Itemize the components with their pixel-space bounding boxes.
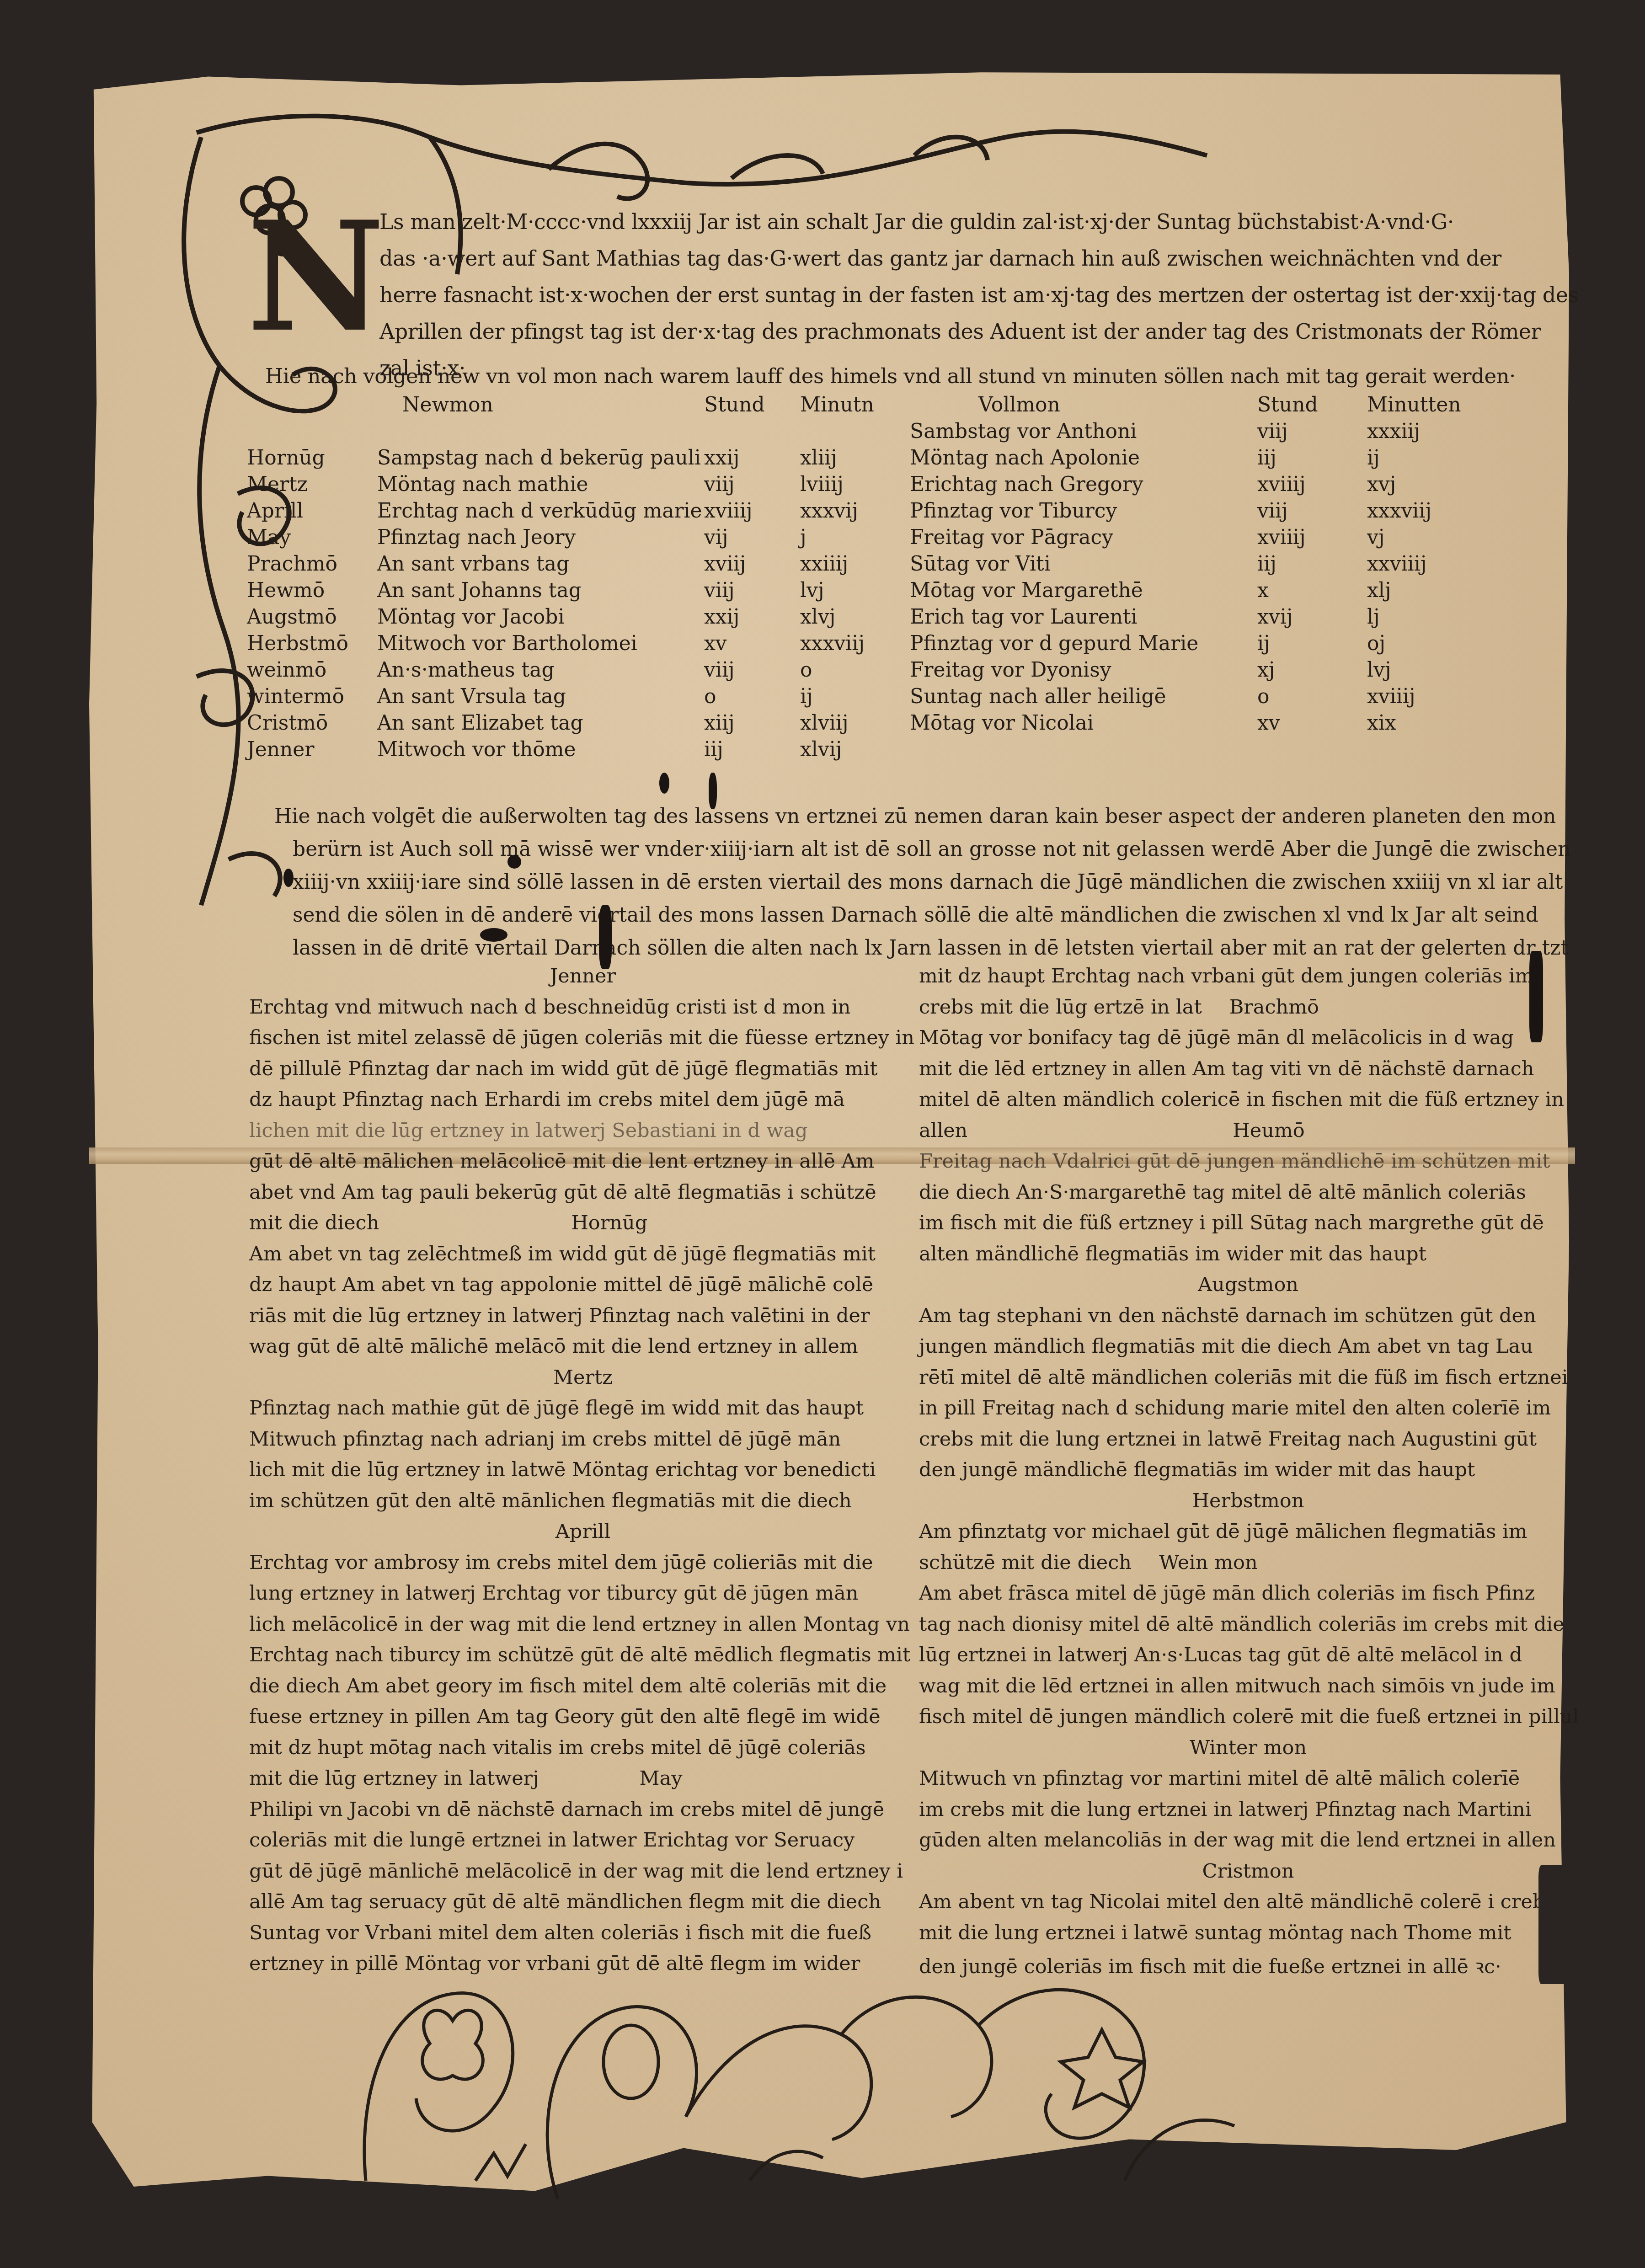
text-line: Am abet frāsca mitel dē jūgē mān dlich c… [919, 1582, 1577, 1613]
text-line: rētī mitel dē altē mändlichen coleriās m… [919, 1366, 1577, 1397]
month-heading: Brachmō [1229, 996, 1319, 1019]
table-row: wintermō An sant Vrsula tag o ij Suntag … [247, 685, 1554, 711]
ink-blot [283, 869, 294, 887]
ink-blot [659, 773, 669, 794]
full-moon-minutes: lvj [1367, 658, 1391, 682]
text-line: abet vnd Am tag pauli bekerūg gūt dē alt… [249, 1181, 917, 1212]
header-full-hours: Stund [1257, 393, 1318, 416]
text-line: Am abent vn tag Nicolai mitel den altē m… [919, 1890, 1577, 1921]
text-line: mit die diechHornūg [249, 1211, 917, 1243]
ink-blot [709, 773, 717, 809]
text-line: mitel dē alten mändlich colericē in fisc… [919, 1088, 1577, 1119]
moon-table-caption: Hie nach volgen new vn vol mon nach ware… [265, 366, 1516, 386]
full-moon-day: Mōtag vor Margarethē [910, 579, 1143, 602]
header-full-minutes: Minutten [1367, 393, 1461, 416]
text-line: schützē mit die diechWein mon [919, 1551, 1577, 1582]
month-heading: Mertz [249, 1366, 917, 1397]
month-name: Aprill [247, 499, 303, 523]
new-moon-day: An sant vrbans tag [377, 552, 569, 576]
intro-line: herre fasnacht ist·x·wochen der erst sun… [379, 277, 1579, 313]
full-moon-hours: xvij [1257, 605, 1292, 629]
full-moon-day: Sambstag vor Anthoni [910, 420, 1137, 443]
full-moon-hours: xj [1257, 658, 1275, 682]
ink-blot [480, 928, 507, 942]
new-moon-hours: xxij [704, 605, 739, 629]
table-row: Aprill Erchtag nach d verkūdūg marie xvi… [247, 499, 1554, 526]
full-moon-day: Erich tag vor Laurenti [910, 605, 1138, 629]
table-row: Cristmō An sant Elizabet tag xiij xlviij… [247, 711, 1554, 738]
full-moon-minutes: xlj [1367, 579, 1391, 602]
text-line: fisch mitel dē jungen mändlich colerē mi… [919, 1705, 1577, 1736]
new-moon-minutes: j [800, 526, 806, 549]
full-moon-minutes: xxxviij [1367, 499, 1431, 523]
moon-table: Newmon Stund Minutn Vollmon Stund Minutt… [247, 393, 1554, 764]
text-line: coleriās mit die lungē ertznei in latwer… [249, 1829, 917, 1860]
full-moon-day: Mōtag vor Nicolai [910, 711, 1094, 735]
right-column: mit dz haupt Erchtag nach vrbani gūt dem… [919, 965, 1577, 1983]
text-line: lich melācolicē in der wag mit die lend … [249, 1613, 917, 1644]
drop-cap-letter: N [247, 201, 385, 352]
full-moon-day: Freitag vor Pāgracy [910, 526, 1113, 549]
new-moon-hours: viij [704, 473, 735, 496]
full-moon-hours: ij [1257, 632, 1270, 655]
text-line: lichen mit die lūg ertzney in latwerj Se… [249, 1119, 917, 1150]
table-row: Sambstag vor Anthoni viij xxxiij [247, 420, 1554, 446]
left-column: Jenner Erchtag vnd mitwuch nach d beschn… [249, 965, 917, 1983]
full-moon-hours: iij [1257, 552, 1276, 576]
text-line: allenHeumō [919, 1119, 1577, 1150]
full-moon-hours: xv [1257, 711, 1280, 735]
new-moon-day: Sampstag nach d bekerūg pauli [377, 446, 701, 470]
new-moon-minutes: xxxvij [800, 499, 858, 523]
month-name: Cristmō [247, 711, 328, 735]
full-moon-minutes: xxxiij [1367, 420, 1420, 443]
header-new-moon: Newmon [402, 393, 493, 416]
month-heading: Cristmon [919, 1860, 1577, 1891]
month-name: May [247, 526, 291, 549]
month-name: Herbstmō [247, 632, 348, 655]
new-moon-hours: xviij [704, 552, 746, 576]
text-line: Erchtag vnd mitwuch nach d beschneidūg c… [249, 996, 917, 1027]
table-row: Prachmō An sant vrbans tag xviij xxiiij … [247, 552, 1554, 579]
text-line: die diech An·S·margarethē tag mitel dē a… [919, 1181, 1577, 1212]
full-moon-hours: viij [1257, 499, 1288, 523]
month-name: weinmō [247, 658, 326, 682]
table-row: Jenner Mitwoch vor thōme iij xlvij [247, 738, 1554, 764]
text-line: Am tag stephani vn den nächstē darnach i… [919, 1304, 1577, 1335]
new-moon-hours: xxij [704, 446, 739, 470]
text-line: alten mändlichē flegmatiās im wider mit … [919, 1243, 1577, 1274]
text-line: den jungē mändlichē flegmatiās im wider … [919, 1458, 1577, 1489]
text-line: im crebs mit die lung ertznei in latwerj… [919, 1798, 1577, 1829]
full-moon-day: Erichtag nach Gregory [910, 473, 1143, 496]
new-moon-day: Erchtag nach d verkūdūg marie [377, 499, 702, 523]
ink-blot [1538, 1865, 1566, 1984]
full-moon-hours: iij [1257, 446, 1276, 470]
month-heading: May [639, 1767, 682, 1790]
text-line: gūt dē altē mālichen melācolicē mit die … [249, 1150, 917, 1181]
month-name: Hornūg [247, 446, 325, 470]
new-moon-day: An sant Vrsula tag [377, 685, 566, 708]
text-line: dz haupt Pfinztag nach Erhardi im crebs … [249, 1088, 917, 1119]
text-line: mit dz hupt mōtag nach vitalis im crebs … [249, 1736, 917, 1767]
full-moon-hours: xviiij [1257, 473, 1306, 496]
intro-line: das ·a·wert auf Sant Mathias tag das·G·w… [379, 240, 1579, 277]
month-name: Hewmō [247, 579, 325, 602]
header-new-minutes: Minutn [800, 393, 874, 416]
text-line: Erchtag vor ambrosy im crebs mitel dem j… [249, 1551, 917, 1582]
para-line: send die sölen in dē anderē viertail des… [274, 903, 1570, 936]
month-heading: Aprill [249, 1520, 917, 1551]
new-moon-hours: viij [704, 658, 735, 682]
text-line: gūden alten melancoliās in der wag mit d… [919, 1829, 1577, 1860]
month-heading: Heumō [1233, 1119, 1304, 1142]
new-moon-minutes: lvj [800, 579, 824, 602]
full-moon-day: Suntag nach aller heiligē [910, 685, 1166, 708]
text-line: crebs mit die lūg ertzē in latBrachmō [919, 996, 1577, 1027]
new-moon-minutes: o [800, 658, 812, 682]
month-heading: Winter mon [919, 1736, 1577, 1767]
new-moon-minutes: xxxviij [800, 632, 865, 655]
text-line: mit dz haupt Erchtag nach vrbani gūt dem… [919, 965, 1577, 996]
full-moon-day: Freitag vor Dyonisy [910, 658, 1111, 682]
new-moon-day: Möntag vor Jacobi [377, 605, 565, 629]
text-line: jungen mändlich flegmatiās mit die diech… [919, 1335, 1577, 1366]
full-moon-minutes: xix [1367, 711, 1396, 735]
new-moon-day: An sant Johanns tag [377, 579, 582, 602]
text-line: dē pillulē Pfinztag dar nach im widd gūt… [249, 1057, 917, 1089]
text-line: mit die lēd ertzney in allen Am tag viti… [919, 1057, 1577, 1089]
table-row: Augstmō Möntag vor Jacobi xxij xlvj Eric… [247, 605, 1554, 632]
text-line: wag mit die lēd ertznei in allen mitwuch… [919, 1675, 1577, 1706]
month-name: Augstmō [247, 605, 337, 629]
full-moon-hours: xviiij [1257, 526, 1306, 549]
text-line: lūg ertznei in latwerj An·s·Lucas tag gū… [919, 1644, 1577, 1675]
new-moon-minutes: xxiiij [800, 552, 849, 576]
full-moon-hours: viij [1257, 420, 1288, 443]
text-line: Mitwuch vn pfinztag vor martini mitel dē… [919, 1767, 1577, 1798]
new-moon-minutes: xlvij [800, 738, 842, 761]
header-full-moon: Vollmon [978, 393, 1060, 416]
new-moon-day: Möntag nach mathie [377, 473, 588, 496]
full-moon-day: Pfinztag vor Tiburcy [910, 499, 1117, 523]
full-moon-day: Pfinztag vor d gepurd Marie [910, 632, 1198, 655]
text-line: fuese ertzney in pillen Am tag Geory gūt… [249, 1705, 917, 1736]
new-moon-day: An sant Elizabet tag [377, 711, 583, 735]
text-line: lich mit die lūg ertzney in latwē Möntag… [249, 1458, 917, 1489]
text-line: im fisch mit die füß ertzney i pill Sūta… [919, 1211, 1577, 1243]
month-heading: Jenner [249, 965, 917, 996]
para-line: berürn ist Auch soll mā wissē wer vnder·… [274, 838, 1570, 870]
text-line: dz haupt Am abet vn tag appolonie mittel… [249, 1273, 917, 1304]
new-moon-hours: xviiij [704, 499, 753, 523]
text-line: tag nach dionisy mitel dē altē mändlich … [919, 1613, 1577, 1644]
ink-blot [507, 855, 521, 869]
text-line: allē Am tag seruacy gūt dē altē mändlich… [249, 1890, 917, 1921]
text-line: riās mit die lūg ertzney in latwerj Pfin… [249, 1304, 917, 1335]
new-moon-hours: vij [704, 526, 728, 549]
new-moon-minutes: lviiij [800, 473, 844, 496]
month-name: Jenner [247, 738, 314, 761]
full-moon-minutes: xviiij [1367, 685, 1415, 708]
ink-blot [599, 905, 612, 969]
text-line: fischen ist mitel zelassē dē jūgen coler… [249, 1026, 917, 1057]
new-moon-hours: iij [704, 738, 723, 761]
new-moon-day: Mitwoch vor Bartholomei [377, 632, 637, 655]
new-moon-hours: viij [704, 579, 735, 602]
para-line: xiiij·vn xxiiij·iare sind söllē lassen i… [274, 870, 1570, 903]
moon-table-header: Newmon Stund Minutn Vollmon Stund Minutt… [247, 393, 1554, 420]
header-new-hours: Stund [704, 393, 765, 416]
month-heading: Wein mon [1159, 1551, 1258, 1574]
new-moon-day: Pfinztag nach Jeory [377, 526, 576, 549]
text-line: Am pfinztatg vor michael gūt dē jūgē māl… [919, 1520, 1577, 1551]
month-name: Mertz [247, 473, 308, 496]
text-line: gūt dē jūgē mānlichē melācolicē in der w… [249, 1860, 917, 1891]
new-moon-minutes: xliij [800, 446, 837, 470]
text-line: Freitag nach Vdalrici gūt dē jungen mänd… [919, 1150, 1577, 1181]
full-moon-hours: o [1257, 685, 1270, 708]
text-line: Mōtag vor bonifacy tag dē jūgē mān dl me… [919, 1026, 1577, 1057]
month-heading: Hornūg [571, 1211, 647, 1234]
new-moon-hours: xv [704, 632, 727, 655]
text-line: lung ertzney in latwerj Erchtag vor tibu… [249, 1582, 917, 1613]
table-row: Hewmō An sant Johanns tag viij lvj Mōtag… [247, 579, 1554, 605]
month-name: Prachmō [247, 552, 337, 576]
foliage-frieze-icon [338, 1943, 1390, 2217]
new-moon-minutes: ij [800, 685, 813, 708]
para-line: Hie nach volgēt die außerwolten tag des … [274, 805, 1570, 838]
month-heading: Herbstmon [919, 1489, 1577, 1521]
text-line: in pill Freitag nach d schidung marie mi… [919, 1397, 1577, 1428]
new-moon-hours: o [704, 685, 716, 708]
full-moon-minutes: xxviiij [1367, 552, 1426, 576]
full-moon-day: Möntag nach Apolonie [910, 446, 1140, 470]
text-line: Am abet vn tag zelēchtmeß im widd gūt dē… [249, 1243, 917, 1274]
text-line: Philipi vn Jacobi vn dē nächstē darnach … [249, 1798, 917, 1829]
new-moon-day: An·s·matheus tag [377, 658, 555, 682]
table-row: Hornūg Sampstag nach d bekerūg pauli xxi… [247, 446, 1554, 473]
text-line: im schützen gūt den altē mānlichen flegm… [249, 1489, 917, 1521]
bloodletting-intro: Hie nach volgēt die außerwolten tag des … [274, 805, 1570, 969]
ink-blot [1529, 951, 1543, 1042]
new-moon-day: Mitwoch vor thōme [377, 738, 576, 761]
table-row: Herbstmō Mitwoch vor Bartholomei xv xxxv… [247, 632, 1554, 658]
full-moon-hours: x [1257, 579, 1269, 602]
intro-paragraph: Ls man zelt·M·cccc·vnd lxxxiij Jar ist a… [379, 203, 1579, 386]
text-line: mit die lūg ertzney in latwerjMay [249, 1767, 917, 1798]
text-line: wag gūt dē altē mālichē melācō mit die l… [249, 1335, 917, 1366]
month-name: wintermō [247, 685, 344, 708]
intro-line: Aprillen der pfingst tag ist der·x·tag d… [379, 313, 1579, 350]
table-row: weinmō An·s·matheus tag viij o Freitag v… [247, 658, 1554, 685]
full-moon-minutes: oj [1367, 632, 1385, 655]
month-heading: Augstmon [919, 1273, 1577, 1304]
new-moon-minutes: xlviij [800, 711, 849, 735]
intro-line: Ls man zelt·M·cccc·vnd lxxxiij Jar ist a… [379, 203, 1579, 240]
text-line: crebs mit die lung ertznei in latwē Frei… [919, 1428, 1577, 1459]
full-moon-minutes: vj [1367, 526, 1385, 549]
full-moon-minutes: xvj [1367, 473, 1396, 496]
full-moon-day: Sūtag vor Viti [910, 552, 1051, 576]
table-row: Mertz Möntag nach mathie viij lviiij Eri… [247, 473, 1554, 499]
new-moon-hours: xiij [704, 711, 735, 735]
text-line: die diech Am abet geory im fisch mitel d… [249, 1675, 917, 1706]
full-moon-minutes: lj [1367, 605, 1380, 629]
text-line: Pfinztag nach mathie gūt dē jūgē flegē i… [249, 1397, 917, 1428]
full-moon-minutes: ij [1367, 446, 1380, 470]
table-row: May Pfinztag nach Jeory vij j Freitag vo… [247, 526, 1554, 552]
text-line: Erchtag nach tiburcy im schützē gūt dē a… [249, 1644, 917, 1675]
text-line: Mitwuch pfinztag nach adrianj im crebs m… [249, 1428, 917, 1459]
new-moon-minutes: xlvj [800, 605, 835, 629]
